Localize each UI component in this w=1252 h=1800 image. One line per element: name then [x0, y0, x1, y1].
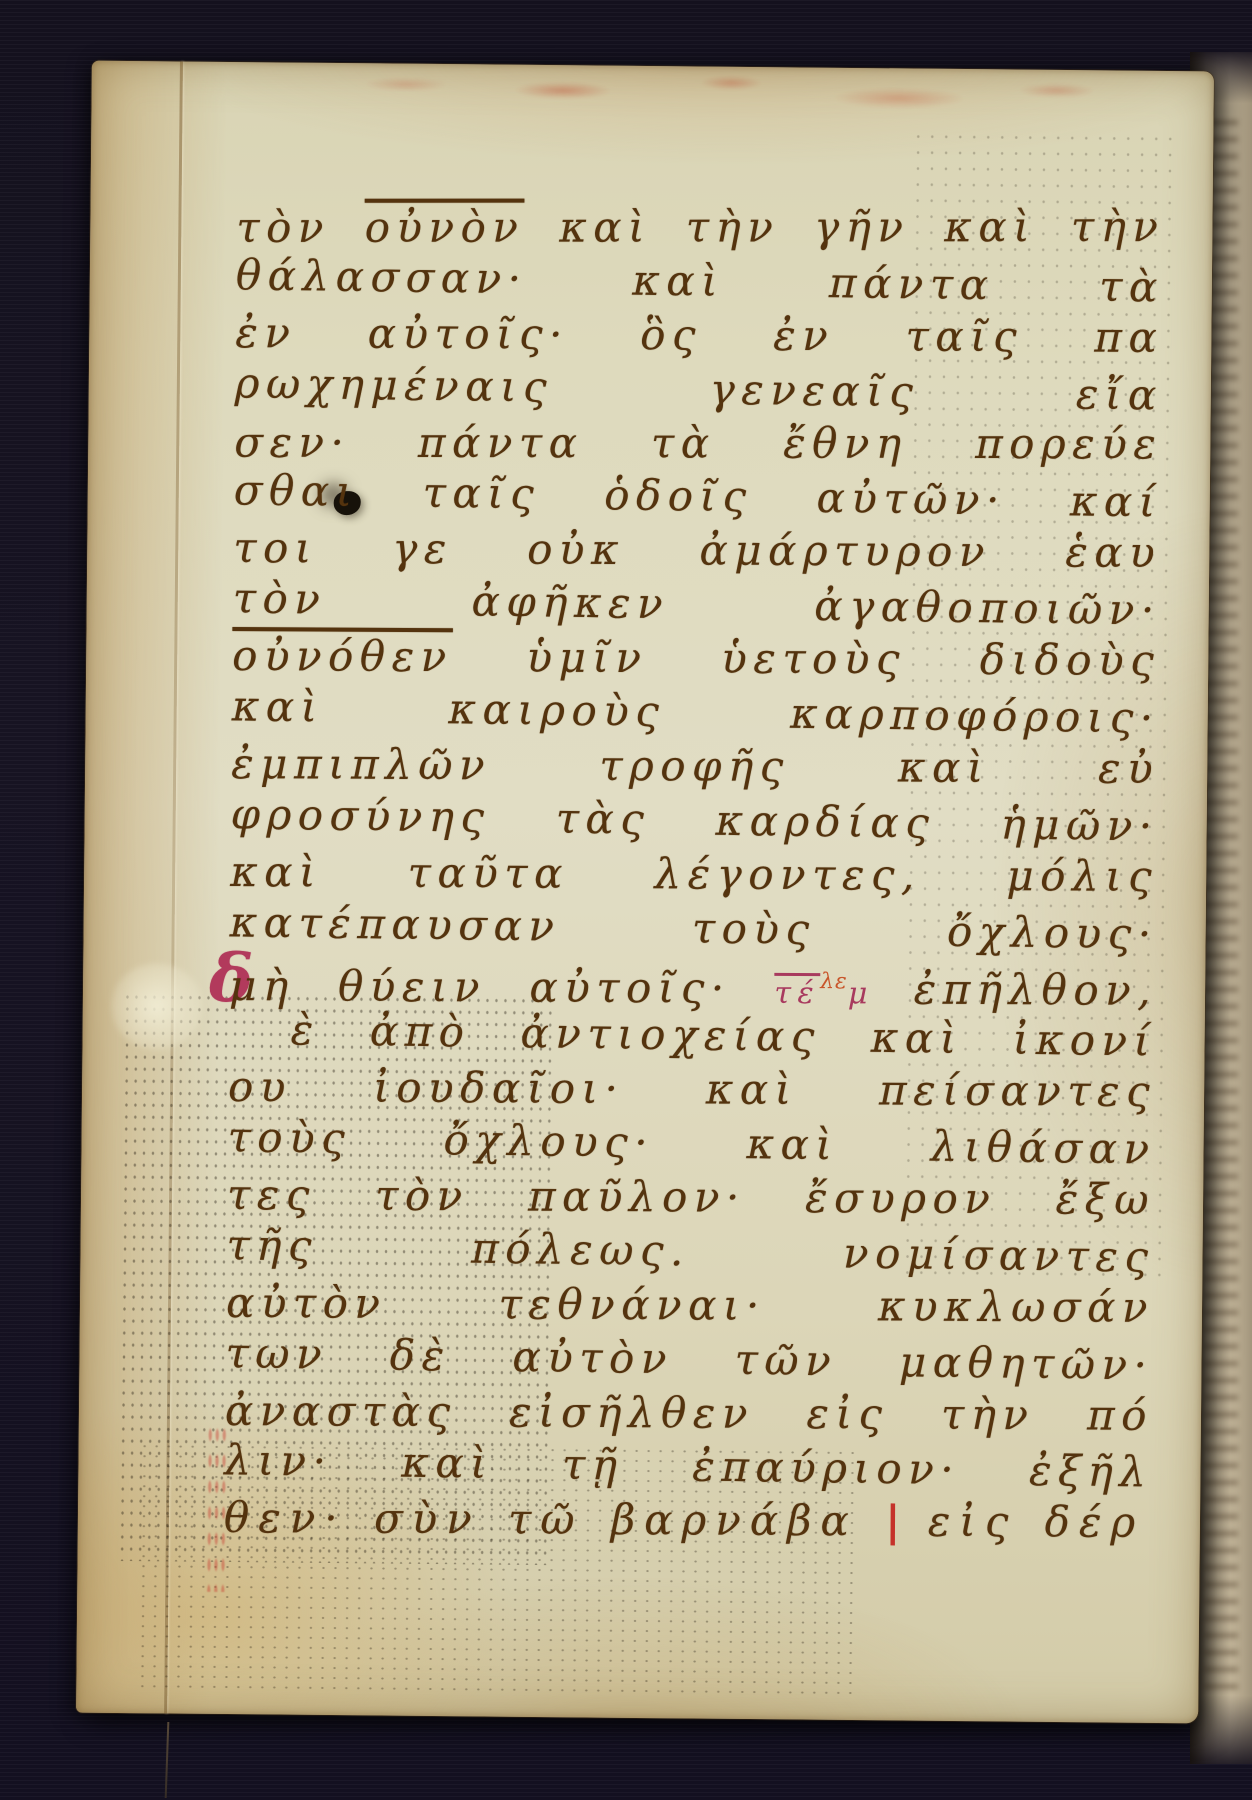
ink-text: κατέπαυσαν τοὺς ὄχλους·: [229, 897, 1158, 958]
text-line: τὸν οὐνὸν καὶ τὴν γῆν καὶ τὴν: [236, 200, 1164, 255]
text-line: ἀναστὰς εἰσῆλθεν εἰς τὴν πό: [225, 1384, 1153, 1443]
ink-text: καὶ καιροὺς καρποφόροις·: [231, 681, 1160, 742]
ink-text: σεν· πάντα τὰ ἔθνη πορεύε: [234, 417, 1162, 468]
ink-text: ἐπῆλθον,: [914, 965, 1158, 1015]
text-line: ρωχημέναις γενεαῖς εἴα: [235, 356, 1164, 422]
text-line: καὶ ταῦτα λέγοντες, μόλις: [230, 845, 1158, 904]
text-line: σθαι ταῖς ὁδοῖς αὐτῶν· καί: [233, 464, 1162, 530]
rubric-mark: λε: [820, 970, 848, 995]
ink-text: τὸν ἀφῆκεν ἀγαθοποιῶν·: [232, 574, 1161, 635]
ink-text: τοι γε οὐκ ἀμάρτυρον ἑαυ: [233, 523, 1161, 577]
ink-text: σθαι ταῖς ὁδοῖς αὐτῶν· καί: [234, 466, 1163, 527]
text-line: ἐν αὐτοῖς· ὃς ἐν ταῖς πα: [235, 306, 1163, 365]
gutter-crease: [164, 61, 183, 1713]
ink-text: ὑμῖν ὑετοὺς διδοὺς: [453, 632, 1161, 685]
text-line: ἐμπιπλῶν τροφῆς καὶ εὐ: [231, 737, 1159, 796]
text-line: θάλασσαν· καὶ πάντα τὰ: [236, 248, 1165, 314]
ink-text: εἰς δέρ: [900, 1497, 1144, 1547]
text-line: οὐνόθεν ὑμῖν ὑετοὺς διδοὺς: [232, 629, 1160, 688]
text-line: αὐτὸν τεθνάναι· κυκλωσάν: [226, 1276, 1154, 1335]
ink-text: θάλασσαν· καὶ πάντα τὰ: [236, 250, 1165, 311]
manuscript-page: δ τὸν οὐνὸν καὶ τὴν γῆν καὶ τὴνθάλασσαν·…: [76, 61, 1214, 1724]
ink-text: ρωχημέναις γενεαῖς εἴα: [235, 358, 1164, 419]
ink-text: λιν· καὶ τῇ ἐπαύριον· ἐξῆλ: [224, 1436, 1153, 1497]
text-line: ου ἰουδαῖοι· καὶ πείσαντες: [228, 1060, 1156, 1119]
text-line: μὴ θύειν αὐτοῖς· τέλεμ ἐπῆλθον,: [229, 953, 1157, 1012]
ink-text: καὶ τὴν γῆν καὶ τὴν: [524, 202, 1164, 252]
manuscript-photograph: δ τὸν οὐνὸν καὶ τὴν γῆν καὶ τὴνθάλασσαν·…: [0, 0, 1252, 1800]
rubric-mark: τέ: [774, 976, 820, 1011]
ink-text: τὸν: [236, 203, 364, 252]
text-line: των δὲ αὐτὸν τῶν μαθητῶν·: [225, 1326, 1154, 1392]
text-line: καὶ καιροὺς καρποφόροις·: [231, 679, 1160, 745]
ink-text: ἐμπιπλῶν τροφῆς καὶ εὐ: [231, 739, 1159, 793]
text-line: τῆς πόλεως. νομίσαντες: [226, 1218, 1155, 1284]
ink-text: ἐν αὐτοῖς· ὃς ἐν ταῖς πα: [235, 308, 1163, 362]
text-line: τοι γε οὐκ ἀμάρτυρον ἑαυ: [233, 521, 1161, 580]
text-line: κατέπαυσαν τοὺς ὄχλους·: [229, 895, 1158, 961]
ink-text: αὐτὸν τεθνάναι· κυκλωσάν: [226, 1278, 1154, 1332]
ink-text: καὶ ταῦτα λέγοντες, μόλις: [230, 847, 1158, 901]
ink-text: ου ἰουδαῖοι· καὶ πείσαντες: [228, 1062, 1156, 1116]
ink-text: τῆς πόλεως. νομίσαντες: [226, 1220, 1155, 1281]
text-line: τοὺς ὄχλους· καὶ λιθάσαν: [227, 1111, 1156, 1177]
ink-text: θεν· σὺν τῶ βαρνάβα: [224, 1493, 885, 1545]
text-line: θεν· σὺν τῶ βαρνάβα | εἰς δέρ: [224, 1491, 1152, 1550]
red-offset-stain: [92, 61, 1214, 118]
ink-text: των δὲ αὐτὸν τῶν μαθητῶν·: [225, 1328, 1154, 1389]
text-line: ὲ ἀπὸ ἀντιοχείας καὶ ἰκονί: [228, 1003, 1157, 1069]
text-line: λιν· καὶ τῇ ἐπαύριον· ἐξῆλ: [224, 1434, 1153, 1500]
ink-text: οὐνὸν: [365, 203, 525, 252]
text-line: τὸν ἀφῆκεν ἀγαθοποιῶν·: [232, 572, 1161, 638]
rubric-mark: μ: [848, 977, 914, 1012]
ink-text: τοὺς ὄχλους· καὶ λιθάσαν: [227, 1113, 1156, 1174]
text-block: τὸν οὐνὸν καὶ τὴν γῆν καὶ τὴνθάλασσαν· κ…: [223, 196, 1164, 1595]
ink-text: τες τὸν παῦλον· ἔσυρον ἔξω: [227, 1170, 1155, 1224]
ink-text: φροσύνης τὰς καρδίας ἡμῶν·: [230, 789, 1159, 850]
rubric-mark: |: [885, 1497, 901, 1546]
text-line: τες τὸν παῦλον· ἔσυρον ἔξω: [227, 1168, 1155, 1227]
pale-stain: [110, 963, 203, 1050]
ink-text: οὐνόθεν: [232, 631, 453, 681]
ink-text: ὲ ἀπὸ ἀντιοχείας καὶ ἰκονί: [290, 1006, 1157, 1066]
text-line: σεν· πάντα τὰ ἔθνη πορεύε: [234, 415, 1162, 471]
text-line: φροσύνης τὰς καρδίας ἡμῶν·: [230, 787, 1159, 853]
ink-text: ἀναστὰς εἰσῆλθεν εἰς τὴν πό: [225, 1386, 1153, 1440]
